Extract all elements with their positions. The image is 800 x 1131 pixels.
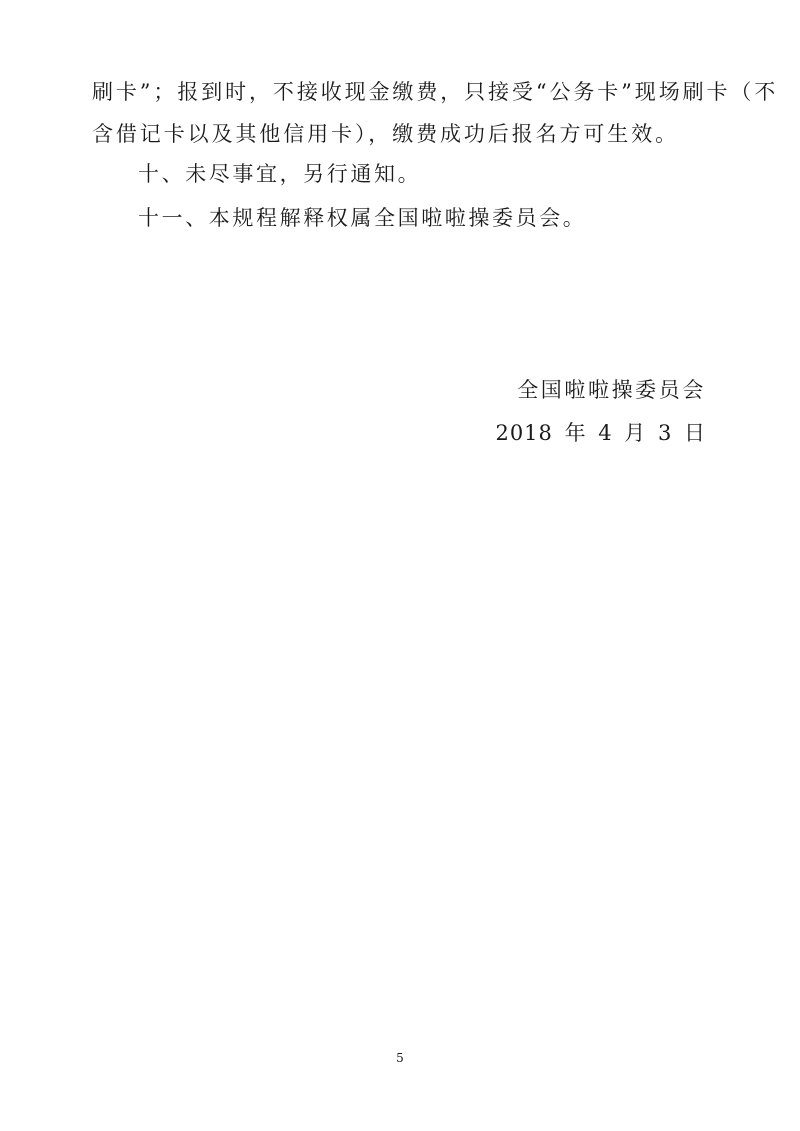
signature-date: 2018 年 4 月 3 日	[495, 421, 706, 445]
paragraph-line: 刷卡”；报到时，不接收现金缴费，只接受“公务卡”现场刷卡（不	[92, 80, 778, 104]
paragraph-line: 含借记卡以及其他信用卡），缴费成功后报名方可生效。	[92, 122, 679, 146]
clause-ten: 十、未尽事宜，另行通知。	[138, 162, 421, 186]
signature-organization: 全国啦啦操委员会	[517, 378, 706, 402]
clause-eleven: 十一、本规程解释权属全国啦啦操委员会。	[138, 206, 586, 230]
document-page: 刷卡”；报到时，不接收现金缴费，只接受“公务卡”现场刷卡（不 含借记卡以及其他信…	[0, 0, 800, 1131]
page-number: 5	[0, 1051, 800, 1065]
